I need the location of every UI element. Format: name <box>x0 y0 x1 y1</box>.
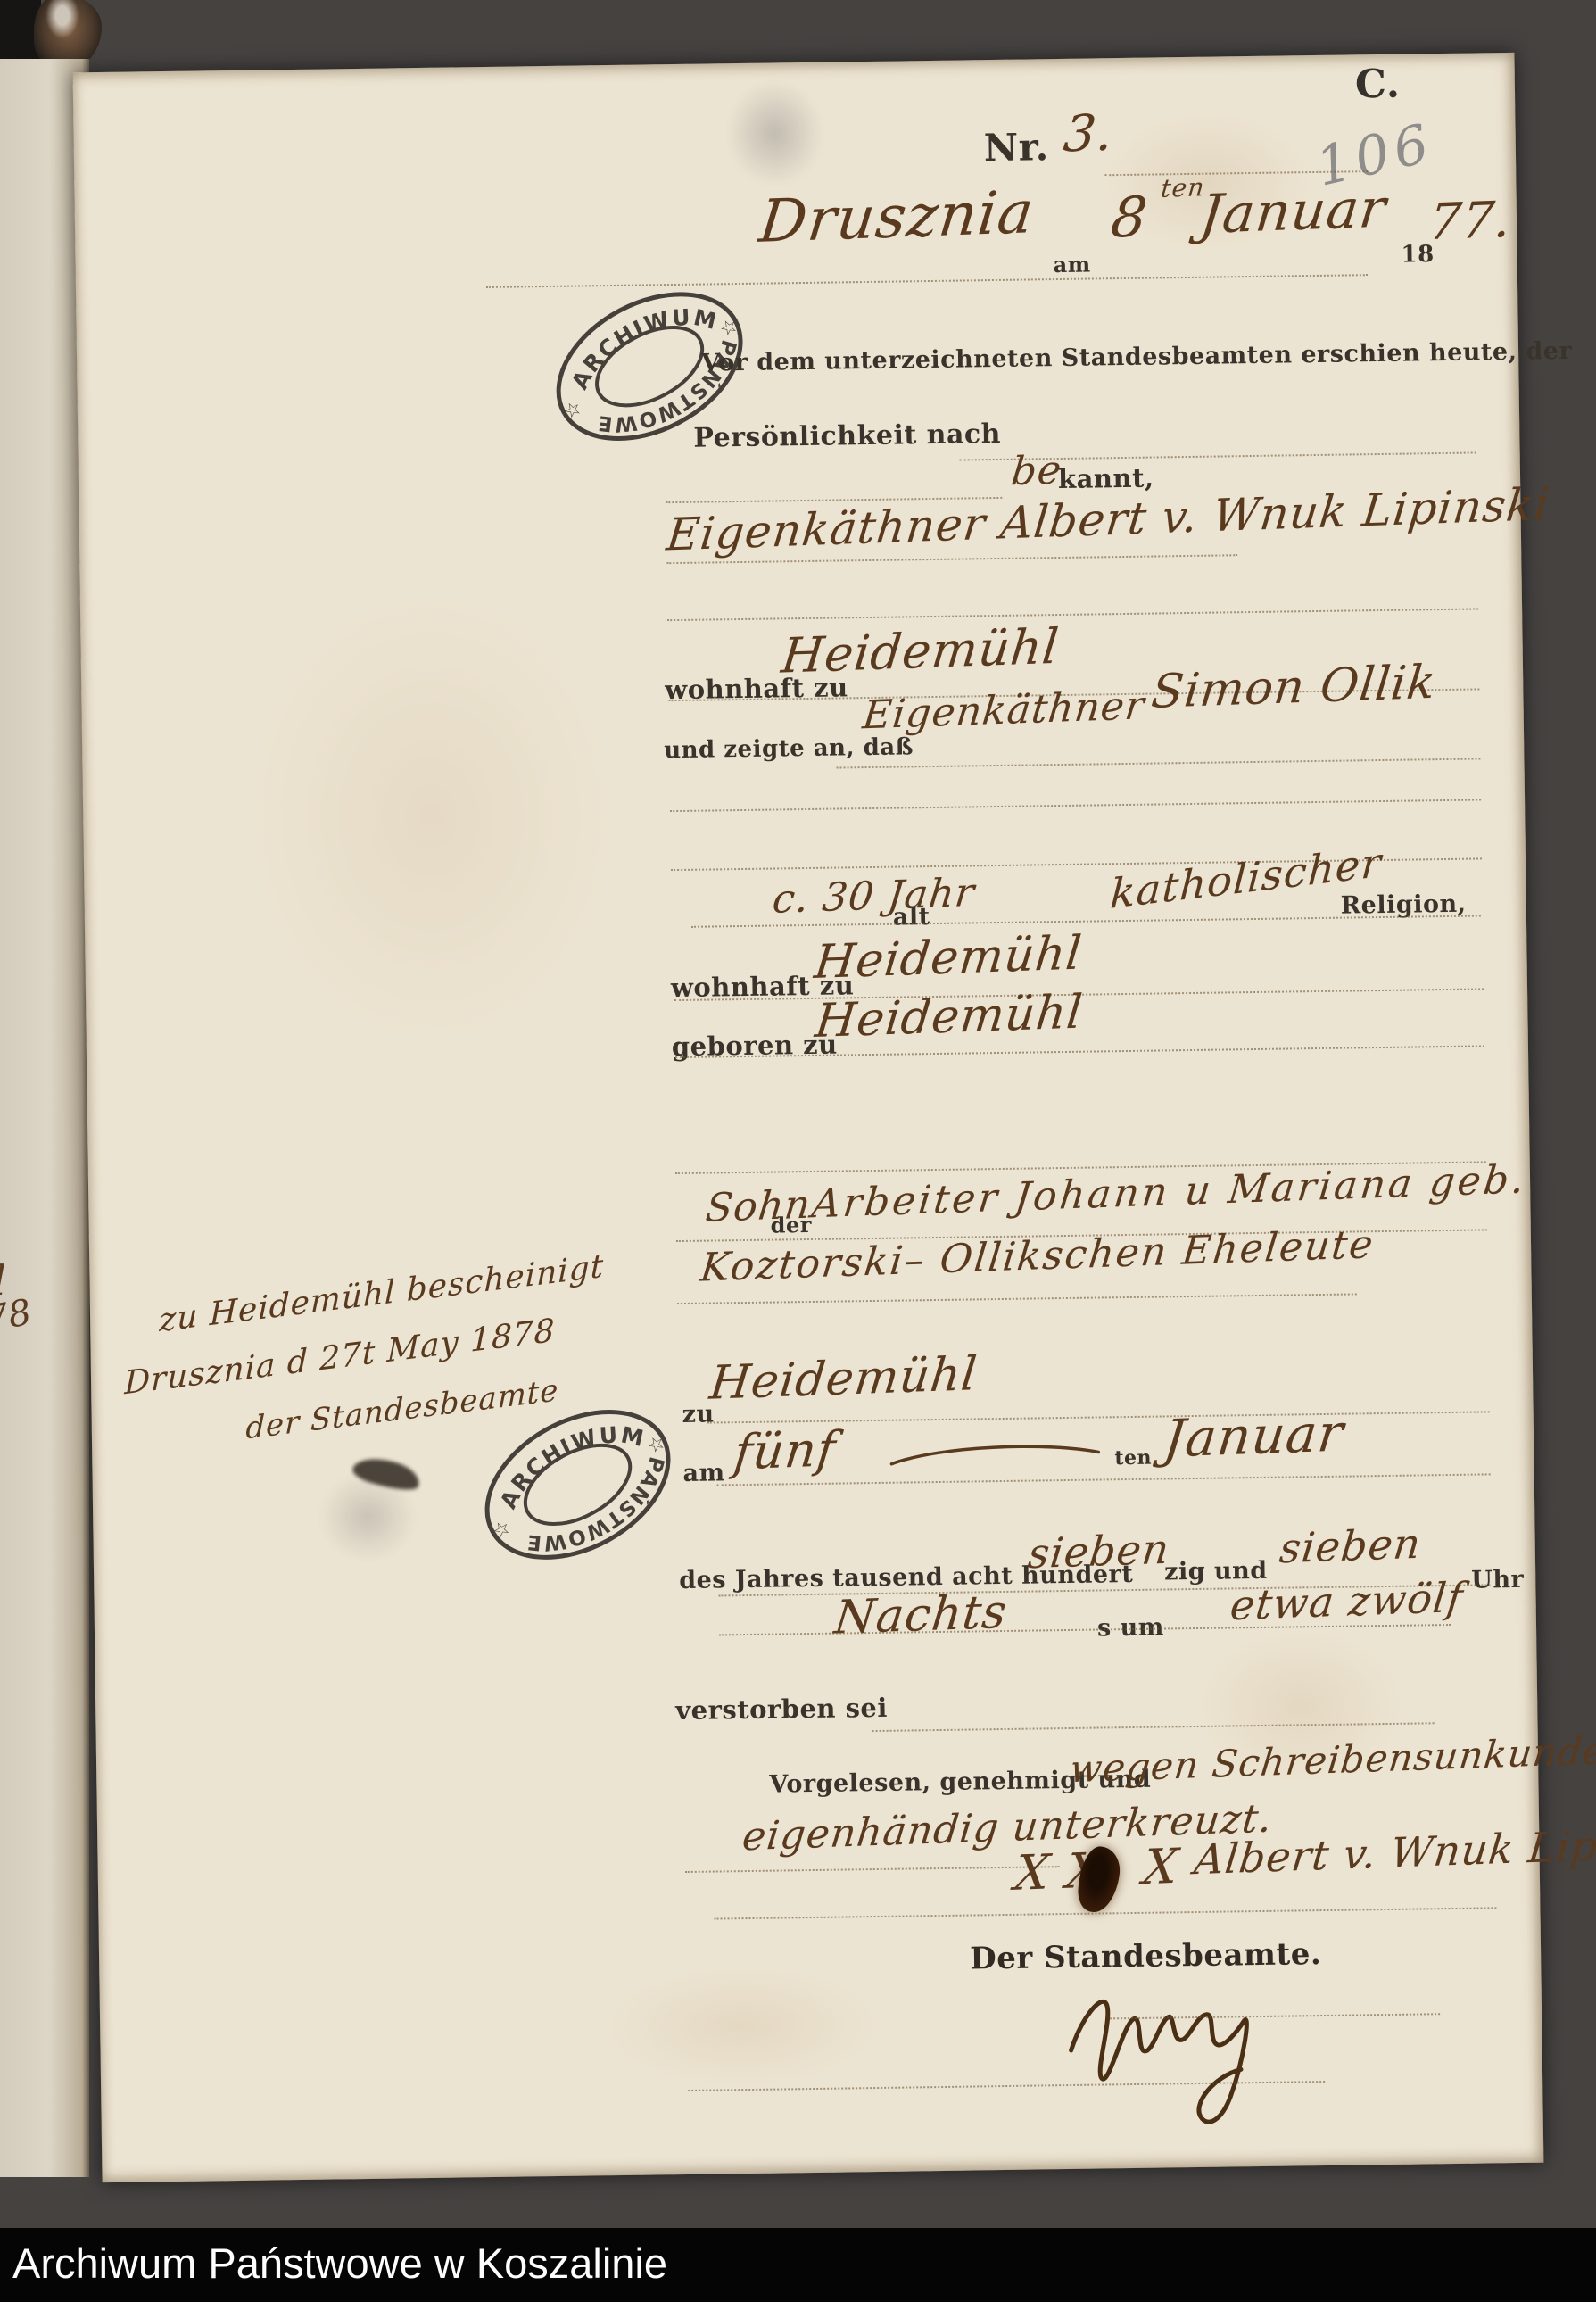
death-place-entry: Heidemühl <box>707 1347 980 1411</box>
dotted-line <box>677 1293 1357 1304</box>
day-suffix-entry: ten <box>1160 172 1206 203</box>
registrar-signature <box>1054 1962 1288 2144</box>
paper-stain <box>599 1962 886 2091</box>
deceased-label: verstorben sei <box>675 1693 888 1726</box>
archive-caption: Archiwum Państwowe w Koszalinie <box>0 2228 1596 2299</box>
dotted-line <box>719 1624 1451 1635</box>
known-entry: be <box>1009 447 1064 494</box>
dotted-line <box>486 274 1368 288</box>
record-number-label: Nr. <box>984 125 1049 170</box>
death-ten-label: ten <box>1114 1446 1152 1470</box>
document-page: C. 106 Nr. 3. Drusznia am 8 ten Januar 1… <box>73 53 1544 2182</box>
stamp-star-icon: ☆ <box>489 1516 515 1544</box>
death-am-label: am <box>682 1459 725 1487</box>
known-label: kannt, <box>1058 463 1154 494</box>
death-year-entry2: sieben <box>1278 1519 1424 1573</box>
stamp-star-icon: ☆ <box>559 396 585 424</box>
dotted-line <box>670 799 1481 812</box>
paper-stain <box>241 583 622 1052</box>
residence1-entry: Heidemühl <box>779 618 1062 684</box>
residence2-entry: Heidemühl <box>812 927 1085 990</box>
dotted-line <box>872 1722 1435 1732</box>
stamp-star-icon: ☆ <box>643 1431 669 1459</box>
corner-letter: C. <box>1355 62 1401 108</box>
dotted-line <box>667 608 1478 621</box>
closing-entry1: wegen Schreibensunkunde <box>1068 1728 1596 1791</box>
cross-mark: X <box>1140 1838 1181 1895</box>
deceased-occupation-entry: Eigenkäthner <box>861 683 1147 738</box>
deceased-name-entry: Simon Ollik <box>1149 656 1439 719</box>
death-time-label2: Uhr <box>1471 1566 1524 1594</box>
death-year-entry1: sieben <box>1026 1525 1172 1578</box>
intro-sentence: Vor dem unterzeichneten Standesbeamten e… <box>701 338 1476 377</box>
death-time-entry1: Nachts <box>831 1586 1009 1645</box>
year-entry: 77. <box>1426 191 1515 252</box>
day-entry: 8 <box>1108 184 1151 251</box>
death-month-entry: Januar <box>1161 1403 1346 1470</box>
dotted-line <box>685 1866 1060 1873</box>
dotted-line <box>837 758 1481 768</box>
personality-label: Persönlichkeit nach <box>693 418 1001 454</box>
place-entry: Drusznia <box>756 178 1037 256</box>
scan-canvas: l 78 C. 106 Nr. 3. Drusznia am 8 ten Jan… <box>0 0 1596 2302</box>
parents-der-label: der <box>770 1212 812 1238</box>
report-label: und zeigte an, daß <box>664 733 914 764</box>
death-time-entry2: etwa zwölf <box>1228 1573 1465 1629</box>
record-number-value: 3. <box>1061 104 1116 163</box>
closing-entry2: eigenhändig unterkreuzt. <box>740 1796 1275 1860</box>
stamp-echo-smudge <box>721 75 830 193</box>
am-label: am <box>1053 251 1090 277</box>
death-day-entry: fünf <box>732 1420 839 1480</box>
age-entry: c. 30 Jahr <box>771 870 978 923</box>
dotted-line <box>715 1907 1497 1919</box>
month-entry: Januar <box>1197 178 1389 246</box>
margin-note-line3: der Standesbeamte <box>245 1372 559 1446</box>
pen-flourish <box>888 1439 1102 1469</box>
age-label: alt <box>893 903 930 932</box>
born-entry: Heidemühl <box>813 986 1086 1049</box>
previous-page-edge <box>0 59 89 2177</box>
archive-caption-bar: Archiwum Państwowe w Koszalinie <box>0 2228 1596 2302</box>
